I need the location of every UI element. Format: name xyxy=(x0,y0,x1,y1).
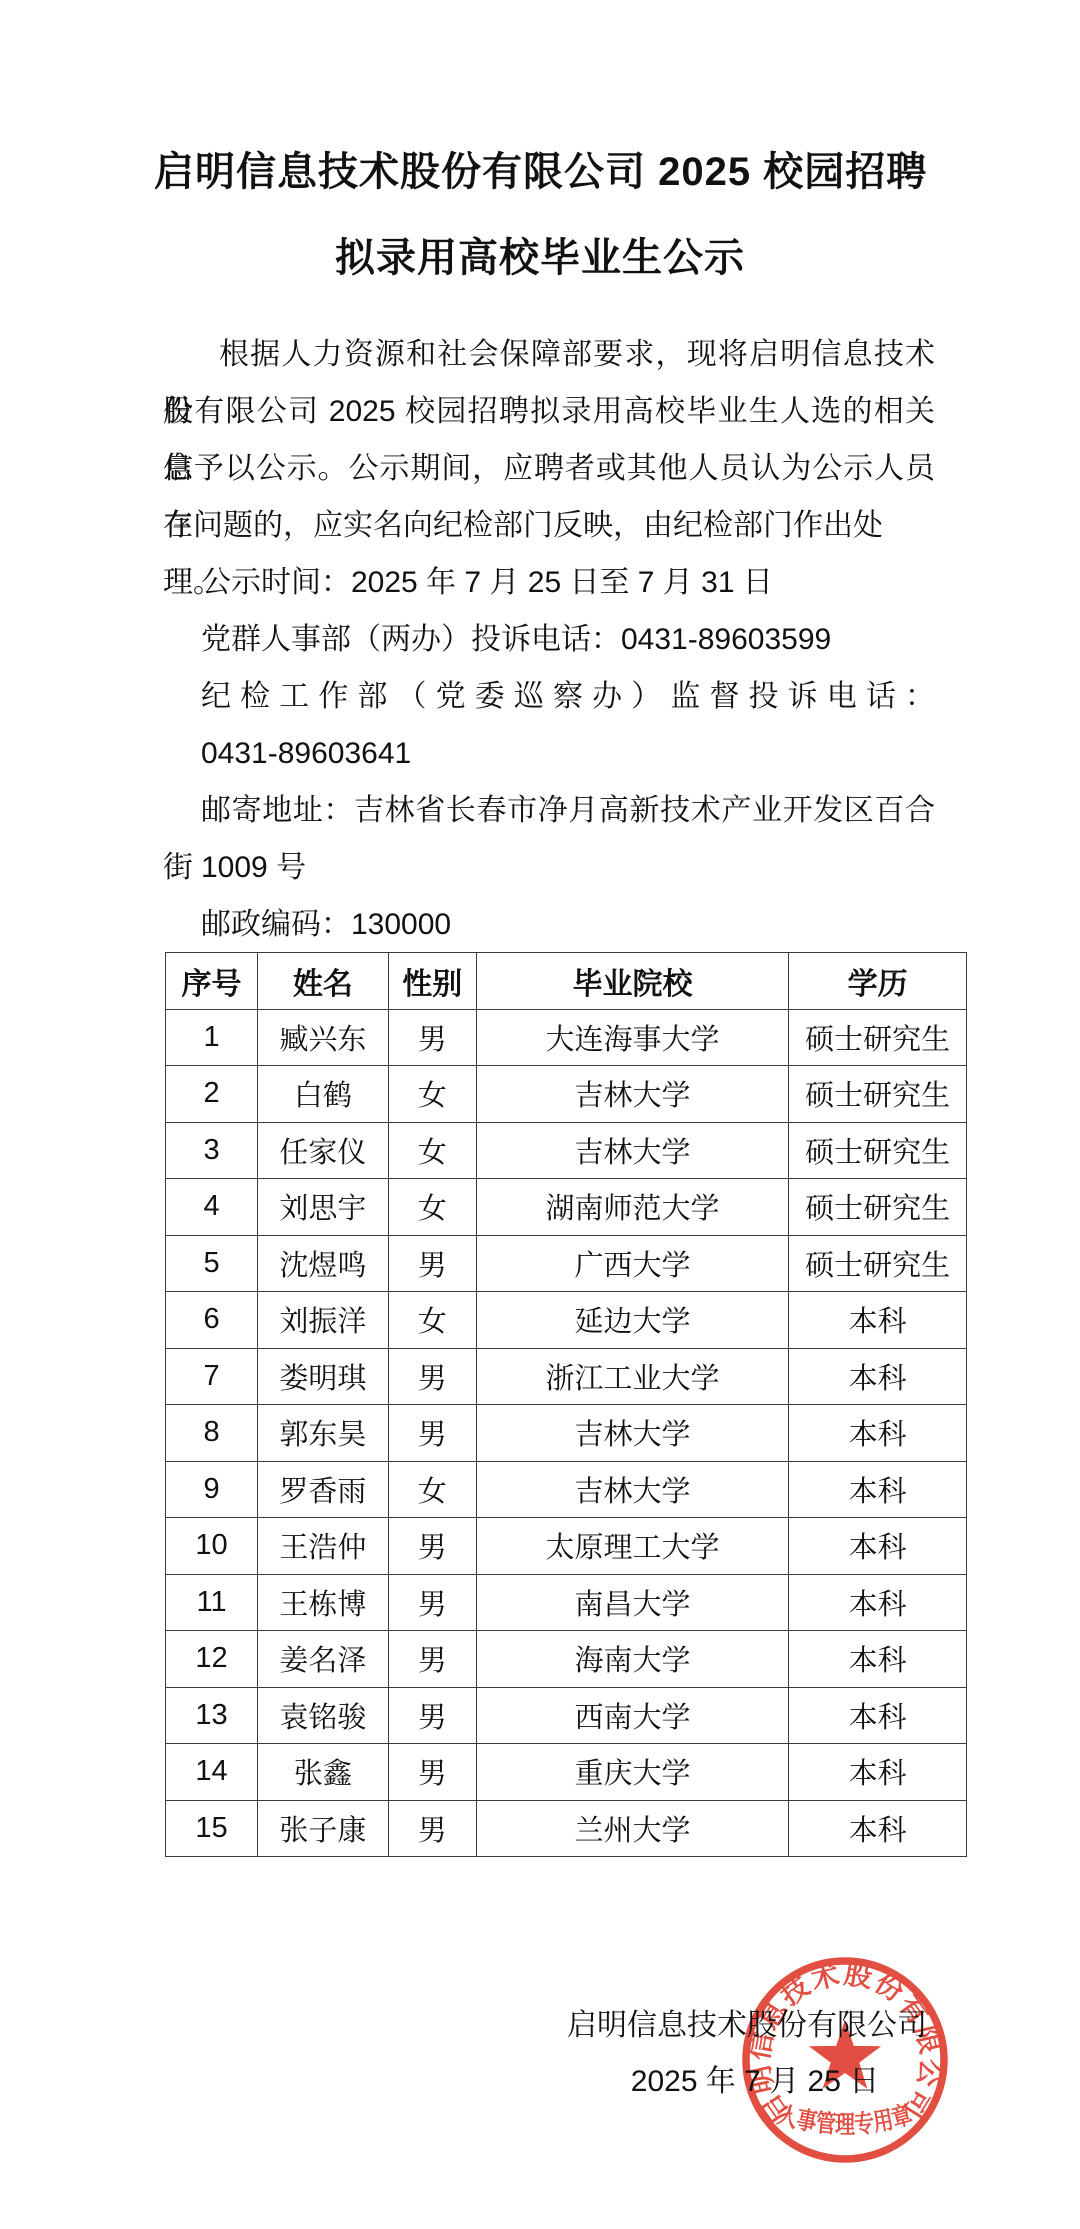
cell-name: 任家仪 xyxy=(258,1122,389,1179)
table-header-cell: 性别 xyxy=(388,953,476,1010)
table-header-cell: 姓名 xyxy=(258,953,389,1010)
cell-degree: 本科 xyxy=(789,1800,967,1857)
cell-gender: 男 xyxy=(388,1574,476,1631)
cell-no: 4 xyxy=(166,1179,258,1236)
candidates-table: 序号姓名性别毕业院校学历 1 臧兴东 男 大连海事大学 硕士研究生 2 白鹤 女… xyxy=(165,952,967,1857)
table-header-cell: 学历 xyxy=(789,953,967,1010)
body-line: 息予以公示。公示期间，应聘者或其他人员认为公示人员存 xyxy=(163,440,935,497)
cell-school: 浙江工业大学 xyxy=(476,1348,788,1405)
cell-school: 重庆大学 xyxy=(476,1744,788,1801)
body-line: 根据人力资源和社会保障部要求，现将启明信息技术股 xyxy=(163,326,935,383)
doc-body: 根据人力资源和社会保障部要求，现将启明信息技术股份有限公司 2025 校园招聘拟… xyxy=(163,326,935,953)
table-row: 10 王浩仲 男 太原理工大学 本科 xyxy=(166,1518,967,1575)
body-line: 0431-89603641 xyxy=(163,725,935,782)
cell-gender: 男 xyxy=(388,1348,476,1405)
doc-title-line2: 拟录用高校毕业生公示 xyxy=(154,236,926,280)
table-row: 15 张子康 男 兰州大学 本科 xyxy=(166,1800,967,1857)
table-row: 14 张鑫 男 重庆大学 本科 xyxy=(166,1744,967,1801)
cell-gender: 男 xyxy=(388,1800,476,1857)
cell-degree: 硕士研究生 xyxy=(789,1066,967,1123)
cell-no: 3 xyxy=(166,1122,258,1179)
table-row: 4 刘思宇 女 湖南师范大学 硕士研究生 xyxy=(166,1179,967,1236)
body-line: 党群人事部（两办）投诉电话：0431-89603599 xyxy=(163,611,935,668)
seal-bottom-text: 人事管理专用章 xyxy=(775,2100,916,2139)
table-row: 12 姜名泽 男 海南大学 本科 xyxy=(166,1631,967,1688)
table-row: 1 臧兴东 男 大连海事大学 硕士研究生 xyxy=(166,1009,967,1066)
cell-school: 大连海事大学 xyxy=(476,1009,788,1066)
cell-name: 王浩仲 xyxy=(258,1518,389,1575)
cell-gender: 女 xyxy=(388,1179,476,1236)
cell-degree: 本科 xyxy=(789,1405,967,1462)
cell-degree: 硕士研究生 xyxy=(789,1009,967,1066)
table-header-row: 序号姓名性别毕业院校学历 xyxy=(166,953,967,1010)
doc-title-line1: 启明信息技术股份有限公司 2025 校园招聘 xyxy=(154,150,926,194)
body-line: 1009 号 xyxy=(163,839,935,896)
table-header-cell: 序号 xyxy=(166,953,258,1010)
cell-name: 臧兴东 xyxy=(258,1009,389,1066)
cell-school: 湖南师范大学 xyxy=(476,1179,788,1236)
cell-no: 11 xyxy=(166,1574,258,1631)
table-row: 7 娄明琪 男 浙江工业大学 本科 xyxy=(166,1348,967,1405)
cell-no: 2 xyxy=(166,1066,258,1123)
cell-school: 广西大学 xyxy=(476,1235,788,1292)
table-row: 6 刘振洋 女 延边大学 本科 xyxy=(166,1292,967,1349)
body-line: 邮寄地址：吉林省长春市净月高新技术产业开发区百合街 xyxy=(163,782,935,839)
cell-no: 15 xyxy=(166,1800,258,1857)
cell-no: 14 xyxy=(166,1744,258,1801)
table-row: 8 郭东昊 男 吉林大学 本科 xyxy=(166,1405,967,1462)
cell-no: 6 xyxy=(166,1292,258,1349)
cell-gender: 女 xyxy=(388,1461,476,1518)
cell-degree: 本科 xyxy=(789,1687,967,1744)
cell-name: 娄明琪 xyxy=(258,1348,389,1405)
cell-no: 12 xyxy=(166,1631,258,1688)
cell-gender: 男 xyxy=(388,1744,476,1801)
cell-no: 1 xyxy=(166,1009,258,1066)
cell-gender: 女 xyxy=(388,1066,476,1123)
cell-degree: 硕士研究生 xyxy=(789,1235,967,1292)
body-line: 邮政编码：130000 xyxy=(163,896,935,953)
cell-no: 5 xyxy=(166,1235,258,1292)
announcement-document: 启明信息技术股份有限公司 2025 校园招聘 拟录用高校毕业生公示 根据人力资源… xyxy=(0,0,1080,2229)
cell-no: 7 xyxy=(166,1348,258,1405)
table-header-cell: 毕业院校 xyxy=(476,953,788,1010)
cell-degree: 硕士研究生 xyxy=(789,1179,967,1236)
table-row: 5 沈煜鸣 男 广西大学 硕士研究生 xyxy=(166,1235,967,1292)
cell-gender: 女 xyxy=(388,1292,476,1349)
cell-degree: 硕士研究生 xyxy=(789,1122,967,1179)
body-line: 在问题的，应实名向纪检部门反映，由纪检部门作出处理。 xyxy=(163,497,935,554)
cell-gender: 男 xyxy=(388,1235,476,1292)
cell-no: 9 xyxy=(166,1461,258,1518)
cell-degree: 本科 xyxy=(789,1292,967,1349)
cell-name: 郭东昊 xyxy=(258,1405,389,1462)
footer-date: 2025 年 7 月 25 日 xyxy=(631,2056,879,2100)
cell-name: 罗香雨 xyxy=(258,1461,389,1518)
table-row: 11 王栋博 男 南昌大学 本科 xyxy=(166,1574,967,1631)
cell-school: 吉林大学 xyxy=(476,1461,788,1518)
body-line: 纪检工作部（党委巡察办）监督投诉电话： xyxy=(163,668,935,725)
cell-name: 沈煜鸣 xyxy=(258,1235,389,1292)
cell-name: 刘思宇 xyxy=(258,1179,389,1236)
cell-name: 白鹤 xyxy=(258,1066,389,1123)
cell-no: 8 xyxy=(166,1405,258,1462)
table-row: 9 罗香雨 女 吉林大学 本科 xyxy=(166,1461,967,1518)
cell-school: 吉林大学 xyxy=(476,1066,788,1123)
cell-gender: 男 xyxy=(388,1405,476,1462)
cell-name: 张子康 xyxy=(258,1800,389,1857)
cell-name: 王栋博 xyxy=(258,1574,389,1631)
cell-degree: 本科 xyxy=(789,1744,967,1801)
footer-company-name: 启明信息技术股份有限公司 xyxy=(567,2000,927,2044)
cell-no: 10 xyxy=(166,1518,258,1575)
cell-school: 延边大学 xyxy=(476,1292,788,1349)
cell-gender: 男 xyxy=(388,1631,476,1688)
cell-school: 海南大学 xyxy=(476,1631,788,1688)
cell-name: 袁铭骏 xyxy=(258,1687,389,1744)
table-row: 13 袁铭骏 男 西南大学 本科 xyxy=(166,1687,967,1744)
body-line: 公示时间：2025 年 7 月 25 日至 7 月 31 日 xyxy=(163,554,935,611)
cell-degree: 本科 xyxy=(789,1461,967,1518)
cell-name: 张鑫 xyxy=(258,1744,389,1801)
table-row: 2 白鹤 女 吉林大学 硕士研究生 xyxy=(166,1066,967,1123)
cell-degree: 本科 xyxy=(789,1518,967,1575)
body-line: 份有限公司 2025 校园招聘拟录用高校毕业生人选的相关信 xyxy=(163,383,935,440)
cell-name: 姜名泽 xyxy=(258,1631,389,1688)
cell-degree: 本科 xyxy=(789,1348,967,1405)
cell-school: 吉林大学 xyxy=(476,1405,788,1462)
cell-gender: 男 xyxy=(388,1009,476,1066)
cell-no: 13 xyxy=(166,1687,258,1744)
cell-gender: 男 xyxy=(388,1687,476,1744)
cell-name: 刘振洋 xyxy=(258,1292,389,1349)
cell-school: 兰州大学 xyxy=(476,1800,788,1857)
table-row: 3 任家仪 女 吉林大学 硕士研究生 xyxy=(166,1122,967,1179)
cell-school: 南昌大学 xyxy=(476,1574,788,1631)
cell-degree: 本科 xyxy=(789,1631,967,1688)
cell-gender: 女 xyxy=(388,1122,476,1179)
cell-school: 吉林大学 xyxy=(476,1122,788,1179)
cell-degree: 本科 xyxy=(789,1574,967,1631)
cell-gender: 男 xyxy=(388,1518,476,1575)
cell-school: 太原理工大学 xyxy=(476,1518,788,1575)
cell-school: 西南大学 xyxy=(476,1687,788,1744)
